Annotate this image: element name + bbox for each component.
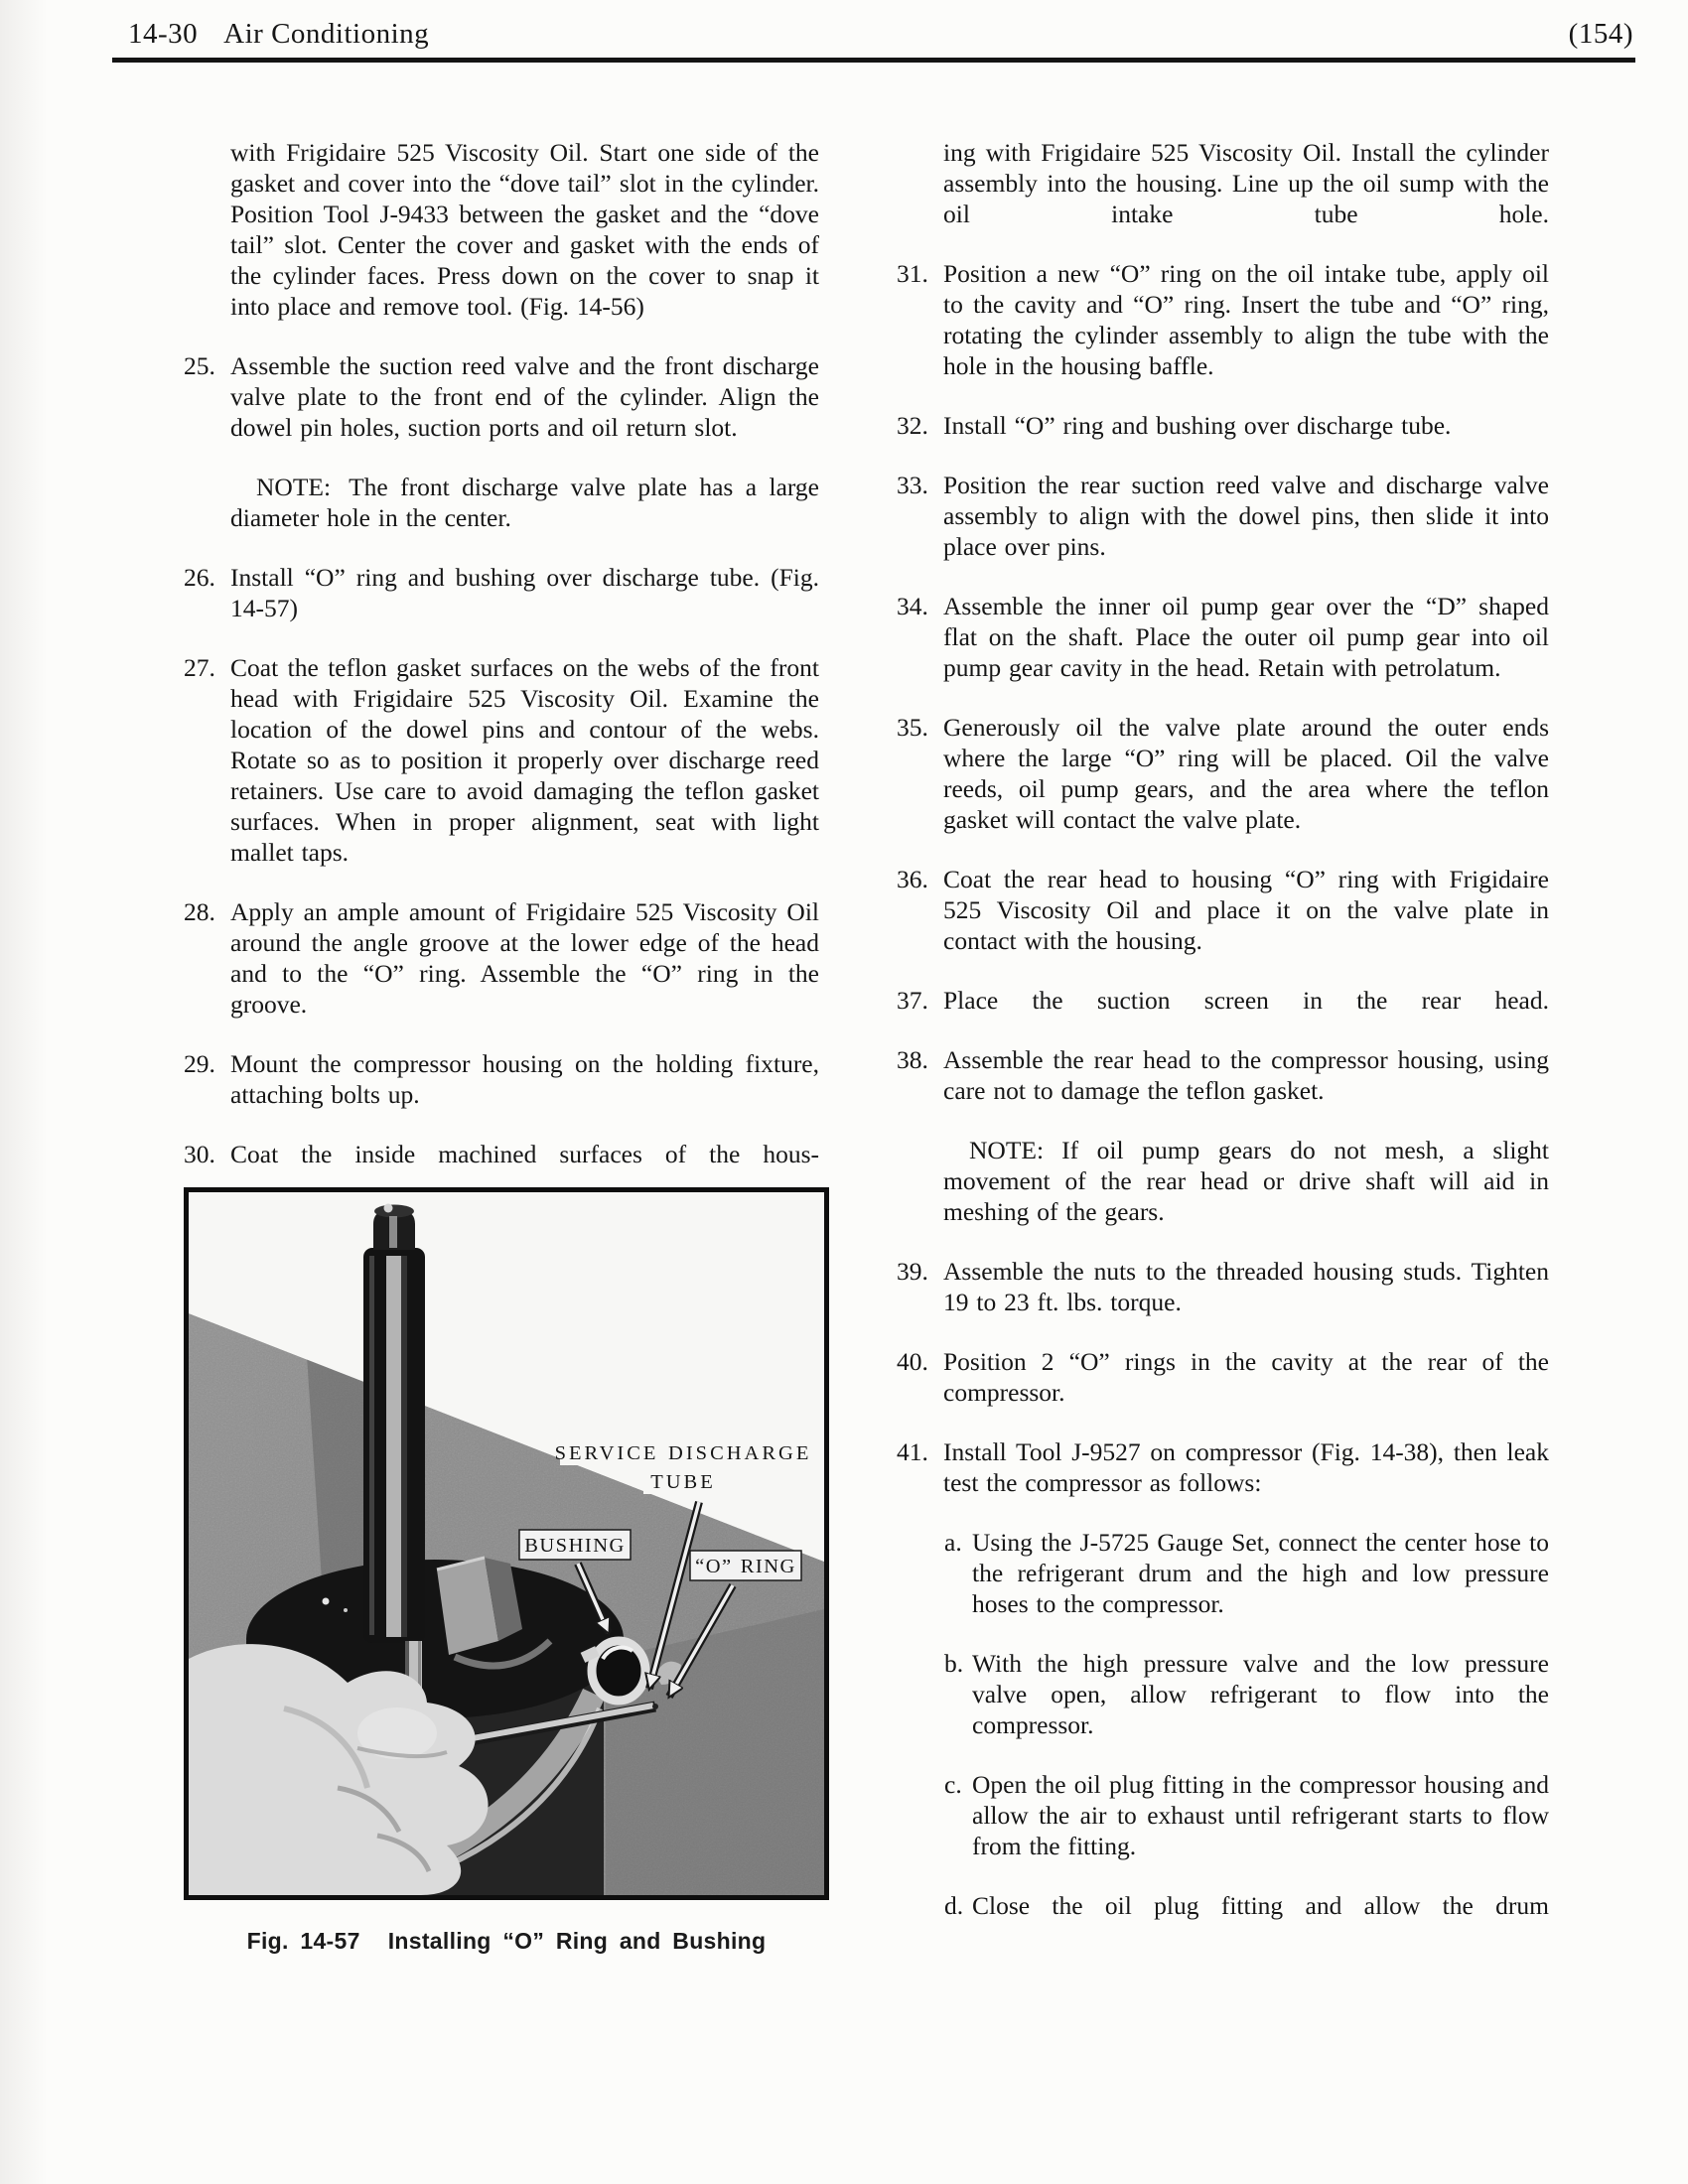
- note-label: NOTE:: [969, 1136, 1044, 1164]
- list-item-27: 27. Coat the teflon gasket surfaces on t…: [184, 652, 819, 868]
- list-item-32: 32. Install “O” ring and bushing over di…: [897, 410, 1549, 441]
- page-header: 14-30Air Conditioning (154): [112, 18, 1635, 63]
- left-column: with Frigidaire 525 Viscosity Oil. Start…: [184, 137, 819, 1957]
- sub-item-text: Close the oil plug fitting and allow the…: [972, 1890, 1549, 1921]
- item-text: Position the rear suction reed valve and…: [943, 470, 1549, 562]
- list-item-33: 33. Position the rear suction reed valve…: [897, 470, 1549, 562]
- label-bushing: BUSHING: [519, 1530, 631, 1560]
- sub-item-text: With the high pressure valve and the low…: [972, 1648, 1549, 1740]
- list-item-26: 26. Install “O” ring and bushing over di…: [184, 562, 819, 623]
- svg-text:TUBE: TUBE: [650, 1471, 716, 1493]
- item-text: Install “O” ring and bushing over discha…: [230, 562, 819, 623]
- item-number: 37.: [897, 985, 928, 1016]
- item-number: 38.: [897, 1044, 928, 1075]
- svg-text:“O” RING: “O” RING: [695, 1556, 796, 1577]
- continued-paragraph: ing with Frigidaire 525 Viscosity Oil. I…: [897, 137, 1549, 229]
- item-number: 26.: [184, 562, 215, 593]
- list-item-30: 30. Coat the inside machined surfaces of…: [184, 1139, 819, 1169]
- svg-text:SERVICE DISCHARGE: SERVICE DISCHARGE: [555, 1442, 812, 1464]
- note-oil-pump-gears: NOTE:If oil pump gears do not mesh, a sl…: [897, 1135, 1549, 1227]
- sub-item-d: d. Close the oil plug fitting and allow …: [897, 1890, 1549, 1921]
- item-text: Coat the rear head to housing “O” ring w…: [943, 864, 1549, 956]
- sub-item-text: Open the oil plug fitting in the compres…: [972, 1769, 1549, 1861]
- list-item-40: 40. Position 2 “O” rings in the cavity a…: [897, 1346, 1549, 1408]
- item-number: 31.: [897, 258, 928, 289]
- page-number: (154): [1569, 18, 1633, 51]
- item-number: 29.: [184, 1048, 215, 1079]
- item-number: 34.: [897, 591, 928, 621]
- item-number: 35.: [897, 712, 928, 743]
- item-text: Install “O” ring and bushing over discha…: [943, 410, 1549, 441]
- sub-item-c: c. Open the oil plug fitting in the comp…: [897, 1769, 1549, 1861]
- figure-caption-number: Fig. 14-57: [247, 1928, 360, 1954]
- list-item-37: 37. Place the suction screen in the rear…: [897, 985, 1549, 1016]
- sub-item-letter: b.: [944, 1648, 963, 1679]
- sub-item-letter: c.: [944, 1769, 962, 1800]
- item-text: Assemble the suction reed valve and the …: [230, 350, 819, 443]
- svg-text:BUSHING: BUSHING: [524, 1535, 626, 1557]
- sub-item-letter: d.: [944, 1890, 963, 1921]
- list-item-39: 39. Assemble the nuts to the threaded ho…: [897, 1256, 1549, 1317]
- list-item-34: 34. Assemble the inner oil pump gear ove…: [897, 591, 1549, 683]
- header-left: 14-30Air Conditioning: [112, 18, 429, 51]
- note-text: NOTE:The front discharge valve plate has…: [230, 472, 819, 533]
- note-front-valve-plate: NOTE:The front discharge valve plate has…: [184, 472, 819, 533]
- sub-item-letter: a.: [944, 1527, 962, 1558]
- list-item-31: 31. Position a new “O” ring on the oil i…: [897, 258, 1549, 381]
- note-text: NOTE:If oil pump gears do not mesh, a sl…: [943, 1135, 1549, 1227]
- item-number: 40.: [897, 1346, 928, 1377]
- manual-page: 14-30Air Conditioning (154) with Frigida…: [0, 0, 1688, 2184]
- item-text: Assemble the nuts to the threaded housin…: [943, 1256, 1549, 1317]
- item-text: Place the suction screen in the rear hea…: [943, 985, 1549, 1016]
- item-number: 25.: [184, 350, 215, 381]
- right-column: ing with Frigidaire 525 Viscosity Oil. I…: [897, 137, 1549, 1921]
- item-number: 33.: [897, 470, 928, 500]
- list-item-38: 38. Assemble the rear head to the compre…: [897, 1044, 1549, 1106]
- item-number: 41.: [897, 1436, 928, 1467]
- figure-caption: Fig. 14-57Installing “O” Ring and Bushin…: [184, 1926, 829, 1957]
- section-number: 14-30: [128, 18, 198, 50]
- list-item-25: 25. Assemble the suction reed valve and …: [184, 350, 819, 443]
- item-text: Apply an ample amount of Frigidaire 525 …: [230, 896, 819, 1020]
- note-label: NOTE:: [256, 473, 331, 501]
- item-number: 39.: [897, 1256, 928, 1287]
- continued-paragraph: with Frigidaire 525 Viscosity Oil. Start…: [184, 137, 819, 322]
- item-number: 32.: [897, 410, 928, 441]
- sub-item-b: b. With the high pressure valve and the …: [897, 1648, 1549, 1740]
- page-title: Air Conditioning: [223, 18, 429, 50]
- item-number: 36.: [897, 864, 928, 894]
- item-text: Install Tool J-9527 on compressor (Fig. …: [943, 1436, 1549, 1498]
- item-text: Generously oil the valve plate around th…: [943, 712, 1549, 835]
- item-text: Coat the teflon gasket surfaces on the w…: [230, 652, 819, 868]
- item-text: Position 2 “O” rings in the cavity at th…: [943, 1346, 1549, 1408]
- list-item-41: 41. Install Tool J-9527 on compressor (F…: [897, 1436, 1549, 1498]
- item-text: Position a new “O” ring on the oil intak…: [943, 258, 1549, 381]
- list-item-36: 36. Coat the rear head to housing “O” ri…: [897, 864, 1549, 956]
- list-item-29: 29. Mount the compressor housing on the …: [184, 1048, 819, 1110]
- label-o-ring: “O” RING: [690, 1551, 801, 1580]
- sub-item-a: a. Using the J-5725 Gauge Set, connect t…: [897, 1527, 1549, 1619]
- figure-photo: SERVICE DISCHARGE TUBE BUSHING “O” RING: [184, 1187, 829, 1900]
- list-item-28: 28. Apply an ample amount of Frigidaire …: [184, 896, 819, 1020]
- item-text: Mount the compressor housing on the hold…: [230, 1048, 819, 1110]
- item-text: Assemble the inner oil pump gear over th…: [943, 591, 1549, 683]
- item-number: 28.: [184, 896, 215, 927]
- item-number: 27.: [184, 652, 215, 683]
- item-text: Coat the inside machined surfaces of the…: [230, 1139, 819, 1169]
- item-number: 30.: [184, 1139, 215, 1169]
- list-item-35: 35. Generously oil the valve plate aroun…: [897, 712, 1549, 835]
- sub-item-text: Using the J-5725 Gauge Set, connect the …: [972, 1527, 1549, 1619]
- figure-caption-text: Installing “O” Ring and Bushing: [388, 1928, 767, 1954]
- item-text: Assemble the rear head to the compressor…: [943, 1044, 1549, 1106]
